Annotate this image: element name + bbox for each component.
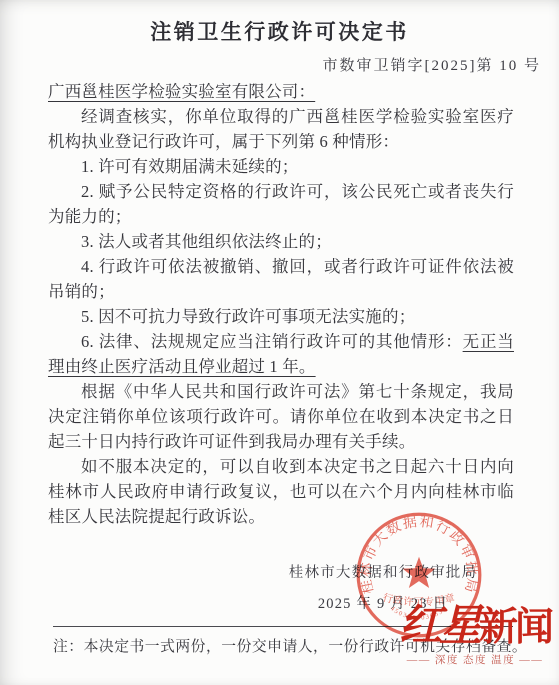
logo-part2: 新闻 [479,606,551,649]
paragraph-text: 2. 赋予公民特定资格的行政许可，该公民死亡或者丧失行为能力的； [48,182,514,226]
logo-tagline: —— 深度 态度 温度 —— [399,652,551,667]
paragraph-text: 6. 法律、法规规定应当注销行政许可的其他情形： [81,332,463,351]
paragraph: 3. 法人或者其他组织依法终止的； [48,229,514,254]
doc-number: 市数审卫销字[2025]第 10 号 [323,54,542,75]
paragraph: 4. 行政许可依法被撤销、撤回，或者行政许可证件依法被吊销的； [48,254,514,304]
logo-part1: 红星 [399,603,479,650]
seal-ring-text: 桂林市大数据和行政审批局 [357,513,481,596]
paragraph: 1. 许可有效期届满未延续的； [48,154,514,179]
redstar-news-logo: 红星新闻 —— 深度 态度 温度 —— [399,604,551,667]
paragraph: 经调查核实，你单位取得的广西邕桂医学检验实验室医疗机构执业登记行政许可，属于下列… [48,104,514,154]
paragraph-text: 5. 因不可抗力导致行政许可事项无法实施的； [81,307,415,326]
paragraph-text: 经调查核实，你单位取得的广西邕桂医学检验实验室医疗机构执业登记行政许可，属于下列… [48,107,514,151]
paragraph: 根据《中华人民共和国行政许可法》第七十条规定，我局决定注销你单位该项行政许可。请… [48,379,514,454]
paragraph-text: 3. 法人或者其他组织依法终止的； [81,232,332,251]
document-body: 广西邕桂医学检验实验室有限公司： 经调查核实，你单位取得的广西邕桂医学检验实验室… [48,79,514,529]
recipient-name: 广西邕桂医学检验实验室有限公司： [48,82,315,101]
paragraph-text: 根据《中华人民共和国行政许可法》第七十条规定，我局决定注销你单位该项行政许可。请… [48,382,514,451]
document-page: 注销卫生行政许可决定书 市数审卫销字[2025]第 10 号 广西邕桂医学检验实… [0,0,559,685]
paragraph-text: 4. 行政许可依法被撤销、撤回，或者行政许可证件依法被吊销的； [48,257,514,301]
paragraph: 5. 因不可抗力导致行政许可事项无法实施的； [48,304,514,329]
logo-wordmark: 红星新闻 [399,604,551,651]
paragraph: 2. 赋予公民特定资格的行政许可，该公民死亡或者丧失行为能力的； [48,179,514,229]
paragraph-list: 经调查核实，你单位取得的广西邕桂医学检验实验室医疗机构执业登记行政许可，属于下列… [48,104,514,529]
paragraph: 6. 法律、法规规定应当注销行政许可的其他情形：无正当理由终止医疗活动且停业超过… [48,329,514,379]
recipient-line: 广西邕桂医学检验实验室有限公司： [48,79,514,104]
document-title: 注销卫生行政许可决定书 [0,16,559,46]
seal-star-icon [403,557,436,588]
paragraph-text: 1. 许可有效期届满未延续的； [81,157,299,176]
